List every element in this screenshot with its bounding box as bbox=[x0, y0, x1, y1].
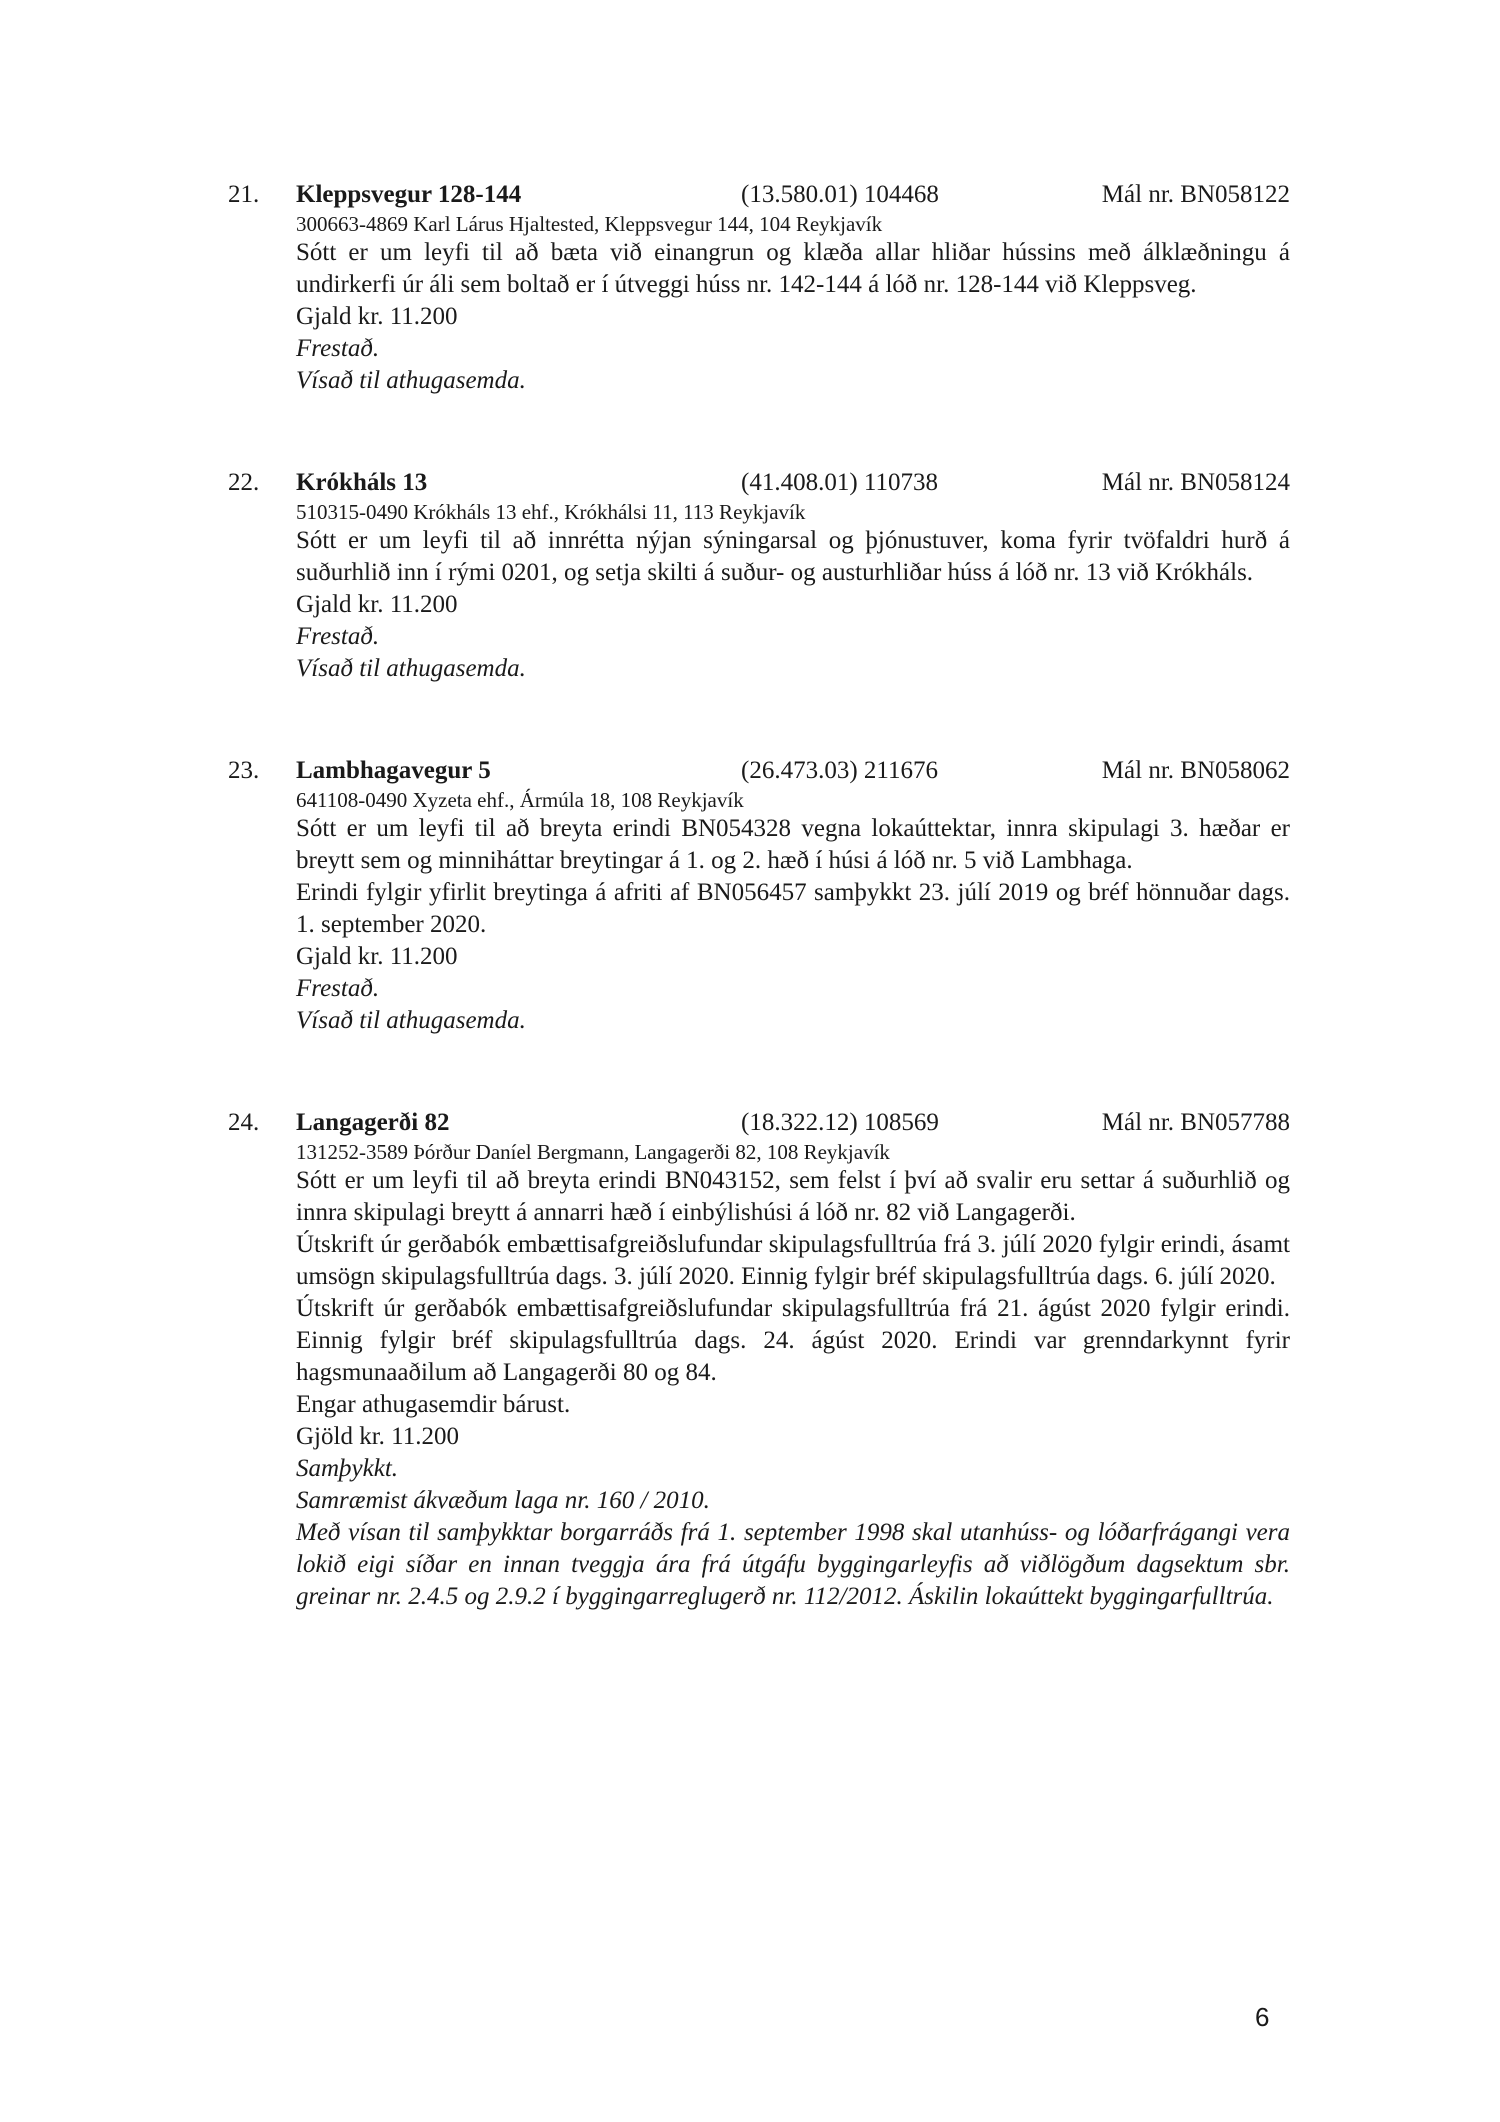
case-body: 300663-4869 Karl Lárus Hjaltested, Klepp… bbox=[296, 211, 1290, 397]
description-paragraph: Útskrift úr gerðabók embættisafgreiðsluf… bbox=[296, 1229, 1290, 1293]
decision-line: Vísað til athugasemda. bbox=[296, 365, 1290, 397]
fee-line: Gjald kr. 11.200 bbox=[296, 941, 1290, 973]
description-paragraph: Engar athugasemdir bárust. bbox=[296, 1389, 1290, 1421]
decision-line: Samræmist ákvæðum laga nr. 160 / 2010. bbox=[296, 1485, 1290, 1517]
applicant-line: 510315-0490 Krókháls 13 ehf., Krókhálsi … bbox=[296, 499, 1290, 525]
applicant-line: 131252-3589 Þórður Daníel Bergmann, Lang… bbox=[296, 1139, 1290, 1165]
case-number: 22. bbox=[228, 468, 259, 498]
description-paragraph: Sótt er um leyfi til að innrétta nýjan s… bbox=[296, 525, 1290, 589]
fee-line: Gjald kr. 11.200 bbox=[296, 301, 1290, 333]
case-body: 641108-0490 Xyzeta ehf., Ármúla 18, 108 … bbox=[296, 787, 1290, 1037]
case-land-id: (13.580.01) 104468 bbox=[741, 180, 939, 210]
description-paragraph: Sótt er um leyfi til að breyta erindi BN… bbox=[296, 813, 1290, 877]
decision-line: Vísað til athugasemda. bbox=[296, 653, 1290, 685]
description-paragraph: Erindi fylgir yfirlit breytinga á afriti… bbox=[296, 877, 1290, 941]
case-land-id: (41.408.01) 110738 bbox=[741, 468, 938, 498]
case-number: 21. bbox=[228, 180, 259, 210]
decision-line: Samþykkt. bbox=[296, 1453, 1290, 1485]
description-paragraph: Sótt er um leyfi til að breyta erindi BN… bbox=[296, 1165, 1290, 1229]
applicant-line: 641108-0490 Xyzeta ehf., Ármúla 18, 108 … bbox=[296, 787, 1290, 813]
decision-line: Frestað. bbox=[296, 621, 1290, 653]
applicant-line: 300663-4869 Karl Lárus Hjaltested, Klepp… bbox=[296, 211, 1290, 237]
case-heading: 21. Kleppsvegur 128-144 (13.580.01) 1044… bbox=[228, 180, 1290, 210]
case-title: Krókháls 13 bbox=[296, 468, 427, 498]
case-item: 21. Kleppsvegur 128-144 (13.580.01) 1044… bbox=[228, 180, 1290, 397]
case-body: 510315-0490 Krókháls 13 ehf., Krókhálsi … bbox=[296, 499, 1290, 685]
fee-line: Gjöld kr. 11.200 bbox=[296, 1421, 1290, 1453]
case-file-number: Mál nr. BN058122 bbox=[1102, 180, 1290, 210]
case-item: 24. Langagerði 82 (18.322.12) 108569 Mál… bbox=[228, 1108, 1290, 1613]
case-land-id: (18.322.12) 108569 bbox=[741, 1108, 939, 1138]
description-paragraph: Sótt er um leyfi til að bæta við einangr… bbox=[296, 237, 1290, 301]
case-land-id: (26.473.03) 211676 bbox=[741, 756, 938, 786]
case-title: Langagerði 82 bbox=[296, 1108, 449, 1138]
case-file-number: Mál nr. BN058124 bbox=[1102, 468, 1290, 498]
decision-paragraph: Með vísan til samþykktar borgarráðs frá … bbox=[296, 1517, 1290, 1613]
decision-line: Frestað. bbox=[296, 333, 1290, 365]
case-item: 23. Lambhagavegur 5 (26.473.03) 211676 M… bbox=[228, 756, 1290, 1037]
case-file-number: Mál nr. BN057788 bbox=[1102, 1108, 1290, 1138]
case-item: 22. Krókháls 13 (41.408.01) 110738 Mál n… bbox=[228, 468, 1290, 685]
page-number: 6 bbox=[1255, 2002, 1269, 2032]
case-title: Lambhagavegur 5 bbox=[296, 756, 491, 786]
fee-line: Gjald kr. 11.200 bbox=[296, 589, 1290, 621]
case-heading: 24. Langagerði 82 (18.322.12) 108569 Mál… bbox=[228, 1108, 1290, 1138]
case-number: 23. bbox=[228, 756, 259, 786]
case-heading: 23. Lambhagavegur 5 (26.473.03) 211676 M… bbox=[228, 756, 1290, 786]
decision-line: Frestað. bbox=[296, 973, 1290, 1005]
decision-line: Vísað til athugasemda. bbox=[296, 1005, 1290, 1037]
case-file-number: Mál nr. BN058062 bbox=[1102, 756, 1290, 786]
description-paragraph: Útskrift úr gerðabók embættisafgreiðsluf… bbox=[296, 1293, 1290, 1389]
case-number: 24. bbox=[228, 1108, 259, 1138]
case-body: 131252-3589 Þórður Daníel Bergmann, Lang… bbox=[296, 1139, 1290, 1613]
document-page: 21. Kleppsvegur 128-144 (13.580.01) 1044… bbox=[0, 0, 1500, 2122]
case-heading: 22. Krókháls 13 (41.408.01) 110738 Mál n… bbox=[228, 468, 1290, 498]
case-title: Kleppsvegur 128-144 bbox=[296, 180, 521, 210]
